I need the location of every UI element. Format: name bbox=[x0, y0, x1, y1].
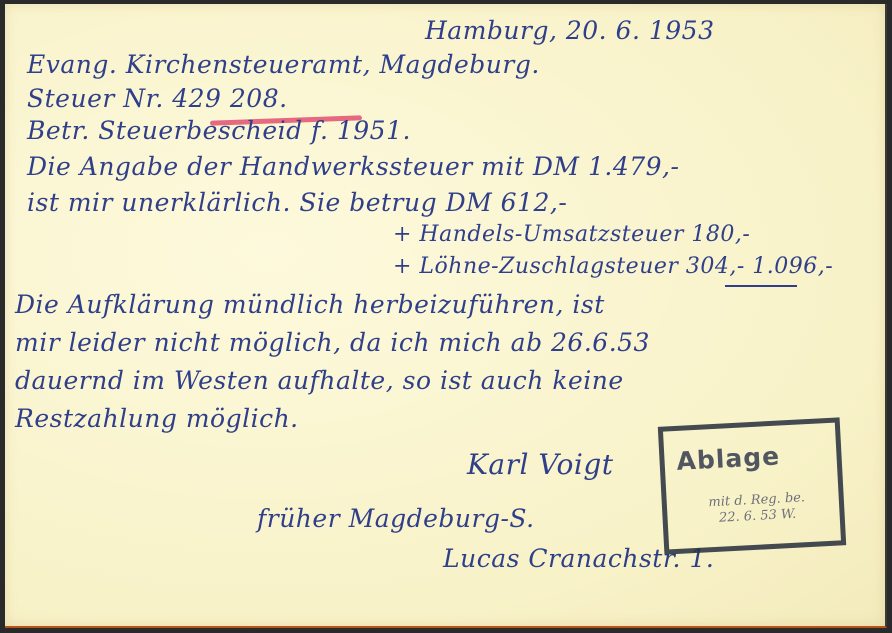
body-line: ist mir unerklärlich. Sie betrug DM 612,… bbox=[27, 188, 567, 217]
tax-number: Steuer Nr. 429 208. bbox=[27, 84, 288, 113]
body-line: Die Aufklärung mündlich herbeizuführen, … bbox=[15, 290, 605, 319]
body-line: Restzahlung möglich. bbox=[15, 404, 299, 433]
stamp-note: mit d. Reg. be. 22. 6. 53 W. bbox=[696, 490, 818, 528]
body-line: dauernd im Westen aufhalte, so ist auch … bbox=[15, 366, 624, 395]
recipient: Evang. Kirchensteueramt, Magdeburg. bbox=[27, 50, 540, 79]
body-line: mir leider nicht möglich, da ich mich ab… bbox=[15, 328, 650, 357]
subject: Betr. Steuerbescheid f. 1951. bbox=[27, 116, 411, 145]
body-line: + Löhne-Zuschlagsteuer 304,- 1.096,- bbox=[393, 254, 833, 279]
sender-line-1: früher Magdeburg-S. bbox=[257, 504, 535, 533]
sum-underline bbox=[725, 285, 797, 287]
stamp-title: Ablage bbox=[676, 442, 781, 476]
body-line: Die Angabe der Handwerkssteuer mit DM 1.… bbox=[27, 152, 679, 181]
postcard: Hamburg, 20. 6. 1953 Evang. Kirchensteue… bbox=[5, 4, 887, 628]
place-date: Hamburg, 20. 6. 1953 bbox=[425, 16, 715, 45]
ablage-stamp: Ablage mit d. Reg. be. 22. 6. 53 W. bbox=[658, 417, 846, 554]
signature: Karl Voigt bbox=[467, 448, 614, 481]
body-line: + Handels-Umsatzsteuer 180,- bbox=[393, 222, 750, 247]
